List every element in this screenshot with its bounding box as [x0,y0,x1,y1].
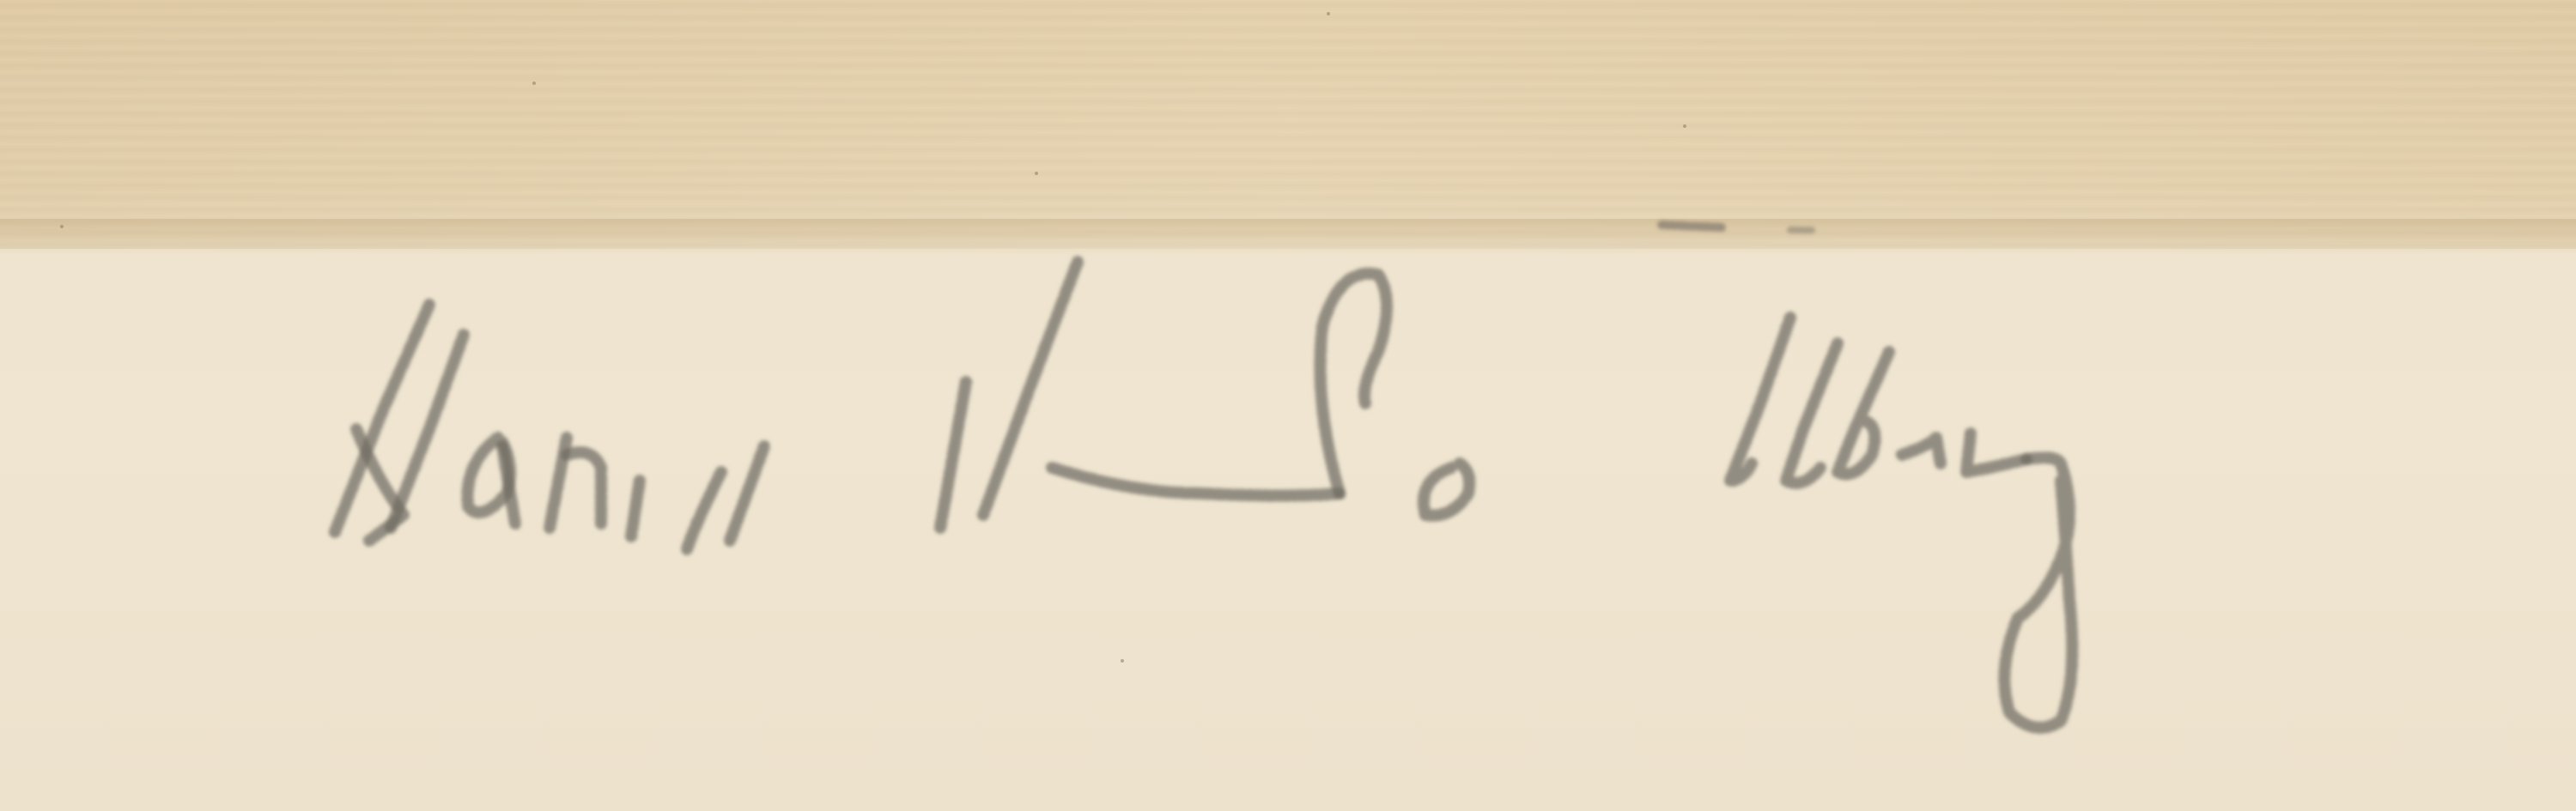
signature-graphic [0,0,2576,811]
photo: Harold Sallberg [0,0,2576,811]
